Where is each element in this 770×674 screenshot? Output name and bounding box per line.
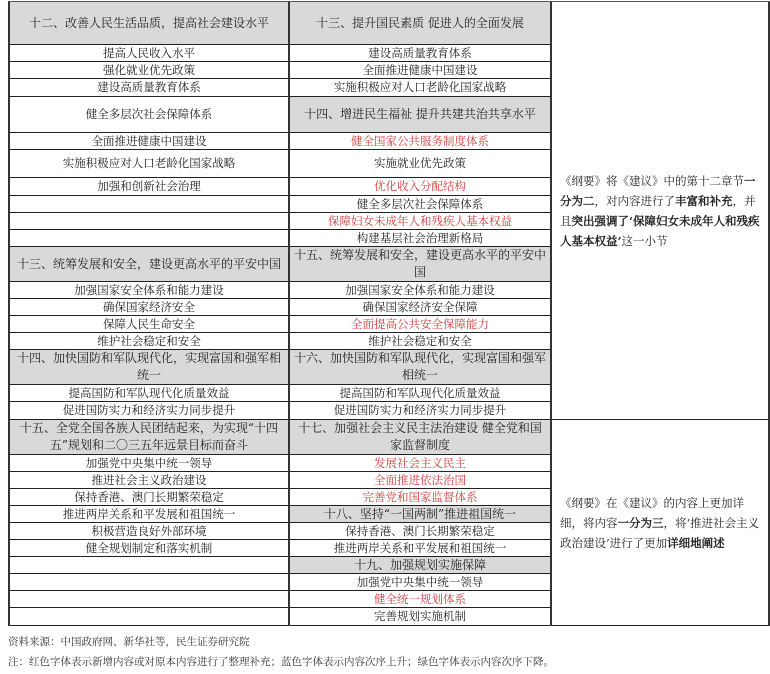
comparison-table: 十二、改善人民生活品质，提高社会建设水平提高人民收入水平强化就业优先政策建设高质… <box>0 0 770 630</box>
table-cell: 加强国家安全体系和能力建设 <box>290 282 550 299</box>
table-cell: 优化收入分配结构 <box>290 178 550 196</box>
comment-fragment: 《纲要》将《建议》中的第十二章节 <box>560 174 744 188</box>
table-cell: 建设高质量教育体系 <box>10 79 288 97</box>
table-cell: 维护社会稳定和安全 <box>10 333 288 350</box>
section-header: 十九、加强规划实施保障 <box>290 557 550 574</box>
table-cell <box>10 574 288 591</box>
source-text: 资料来源：中国政府网、新华社等，民生证券研究院 <box>8 634 250 649</box>
table-cell: 强化就业优先政策 <box>10 62 288 79</box>
table-cell: 全面提高公共安全保障能力 <box>290 316 550 333</box>
section-header: 十四、加快国防和军队现代化，实现富国和强军相统一 <box>10 350 288 385</box>
table-cell <box>10 196 288 213</box>
table-cell <box>10 591 288 608</box>
table-cell: 提高国防和军队现代化质量效益 <box>10 385 288 402</box>
table-cell <box>10 230 288 247</box>
table-cell: 实施积极应对人口老龄化国家战略 <box>10 150 288 178</box>
section-header: 十三、统筹发展和安全，建设更高水平的平安中国 <box>10 247 288 282</box>
table-cell: 全面推进依法治国 <box>290 472 550 489</box>
section-header: 十六、加快国防和军队现代化，实现富国和强军相统一 <box>290 350 550 385</box>
table-cell: 健全规划制定和落实机制 <box>10 540 288 557</box>
table-cell: 健全国家公共服务制度体系 <box>290 133 550 150</box>
table-cell: 完善规划实施机制 <box>290 608 550 626</box>
table-cell <box>10 213 288 230</box>
table-cell: 确保国家经济安全保障 <box>290 299 550 316</box>
comment-text: 《纲要》在《建议》的内容上更加详细，将内容一分为三，将‘推进社会主义政治建设’进… <box>560 493 760 553</box>
table-cell: 构建基层社会治理新格局 <box>290 230 550 247</box>
table-cell: 推进两岸关系和平发展和祖国统一 <box>290 540 550 557</box>
comment-fragment: ，对内容进行了 <box>595 194 676 208</box>
table-border-left <box>8 2 10 626</box>
table-cell: 保持香港、澳门长期繁荣稳定 <box>10 489 288 506</box>
table-cell <box>10 557 288 574</box>
table-cell: 加强和创新社会治理 <box>10 178 288 196</box>
table-cell: 确保国家经济安全 <box>10 299 288 316</box>
table-cell: 促进国防实力和经济实力同步提升 <box>290 402 550 420</box>
table-cell: 保障人民生命安全 <box>10 316 288 333</box>
section-header: 十八、坚持“一国两制”推进祖国统一 <box>290 506 550 523</box>
section-header: 十五、全党全国各族人民团结起来，为实现“十四五”规划和二〇三五年远景目标而奋斗 <box>10 420 288 455</box>
table-cell: 保障妇女未成年人和残疾人基本权益 <box>290 213 550 230</box>
column-divider-1 <box>288 2 290 626</box>
comment-fragment: 这一小节 <box>622 234 668 248</box>
table-cell: 健全多层次社会保障体系 <box>290 196 550 213</box>
section-header: 十四、增进民生福祉 提升共建共治共享水平 <box>290 97 550 133</box>
table-cell: 保持香港、澳门长期繁荣稳定 <box>290 523 550 540</box>
table-cell: 健全多层次社会保障体系 <box>10 97 288 133</box>
section-header: 十三、提升国民素质 促进人的全面发展 <box>290 2 550 45</box>
table-cell: 促进国防实力和经济实力同步提升 <box>10 402 288 420</box>
table-cell: 推进社会主义政治建设 <box>10 472 288 489</box>
table-cell: 实施就业优先政策 <box>290 150 550 178</box>
table-cell: 维护社会稳定和安全 <box>290 333 550 350</box>
column-divider-2 <box>550 2 552 626</box>
comment-emphasis: 丰富和补充 <box>675 194 733 208</box>
comment-text: 《纲要》将《建议》中的第十二章节一分为二，对内容进行了丰富和补充，并且突出强调了… <box>560 171 760 251</box>
section-header: 十五、统筹发展和安全，建设更高水平的平安中国 <box>290 247 550 282</box>
table-cell: 加强党中央集中统一领导 <box>290 574 550 591</box>
table-cell: 推进两岸关系和平发展和祖国统一 <box>10 506 288 523</box>
section-header: 十七、加强社会主义民主法治建设 健全党和国家监督制度 <box>290 420 550 455</box>
table-cell: 完善党和国家监督体系 <box>290 489 550 506</box>
table-cell: 发展社会主义民主 <box>290 455 550 472</box>
comment-cell: 《纲要》在《建议》的内容上更加详细，将内容一分为三，将‘推进社会主义政治建设’进… <box>552 420 768 626</box>
footnote-text: 注：红色字体表示新增内容或对原本内容进行了整理补充；蓝色字体表示内容次序上升；绿… <box>8 654 554 669</box>
table-cell: 提高国防和军队现代化质量效益 <box>290 385 550 402</box>
section-header: 十二、改善人民生活品质，提高社会建设水平 <box>10 2 288 45</box>
table-cell: 全面推进健康中国建设 <box>10 133 288 150</box>
table-cell: 加强党中央集中统一领导 <box>10 455 288 472</box>
comment-emphasis: 一分为三 <box>618 516 664 530</box>
table-cell: 积极营造良好外部环境 <box>10 523 288 540</box>
table-cell: 全面推进健康中国建设 <box>290 62 550 79</box>
table-cell <box>10 608 288 626</box>
table-cell: 提高人民收入水平 <box>10 45 288 62</box>
table-cell: 实施积极应对人口老龄化国家战略 <box>290 79 550 97</box>
table-cell: 建设高质量教育体系 <box>290 45 550 62</box>
table-cell: 健全统一规划体系 <box>290 591 550 608</box>
comment-cell: 《纲要》将《建议》中的第十二章节一分为二，对内容进行了丰富和补充，并且突出强调了… <box>552 2 768 420</box>
comment-emphasis: 详细地阐述 <box>667 536 725 550</box>
table-cell: 加强国家安全体系和能力建设 <box>10 282 288 299</box>
